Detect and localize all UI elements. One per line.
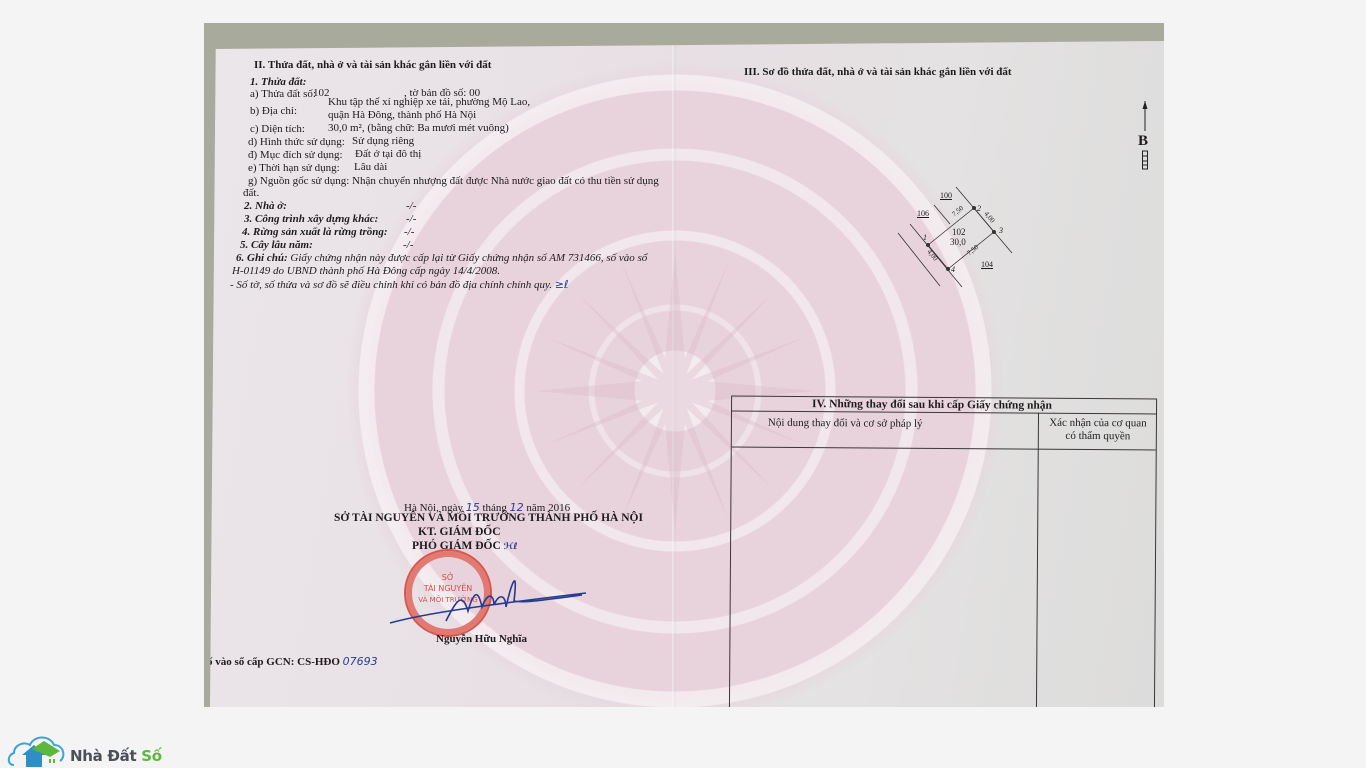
other-construction-value: -/-: [406, 213, 416, 226]
address-line2: quận Hà Đông, thành phố Hà Nội: [328, 109, 476, 122]
registry-label: ố vào sổ cấp GCN: CS-HĐO: [207, 656, 340, 668]
handwritten-initials: ≥ℓ: [555, 278, 569, 291]
neighbor-parcel-106: 106: [917, 207, 929, 220]
corner-point-2: 2: [977, 202, 981, 215]
column-header-authority-line1: Xác nhận của cơ quan: [1044, 417, 1152, 431]
registry-number-handwritten: 07693: [343, 655, 378, 668]
house-label: 2. Nhà ở:: [244, 200, 287, 213]
brand-name-part1: Nhà Đất: [70, 747, 136, 765]
house-value: -/-: [406, 200, 416, 213]
land-origin-line1: g) Nguồn gốc sử dụng: Nhận chuyển nhượng…: [248, 175, 659, 188]
usage-purpose-value: Đất ở tại đô thị: [355, 148, 421, 161]
parcel-sketch-area: 30,0: [950, 236, 966, 249]
table-column-divider: [1036, 413, 1039, 707]
area-label: c) Diện tích:: [250, 123, 305, 136]
area-value: 30,0 m², (bằng chữ: Ba mươi mét vuông): [328, 122, 509, 135]
usage-form-value: Sử dụng riêng: [352, 135, 414, 148]
cloud-house-icon: [6, 733, 68, 767]
certificate-registry: ố vào sổ cấp GCN: CS-HĐO 07693: [207, 655, 378, 669]
parcel-number-label: a) Thửa đất số:: [250, 88, 316, 101]
usage-term-value: Lâu dài: [354, 161, 387, 174]
north-arrow: B: [1138, 101, 1152, 171]
certificate-paper: II. Thửa đất, nhà ở và tài sản khác gắn …: [210, 41, 1164, 707]
address-line1: Khu tập thể xí nghiệp xe tải, phường Mộ …: [328, 96, 530, 109]
signature-scribble: [386, 561, 596, 631]
corner-point-3: 3: [999, 224, 1003, 237]
land-origin-line2: đất.: [243, 187, 259, 200]
neighbor-parcel-104: 104: [981, 258, 993, 271]
note-line2: H-01149 do UBND thành phố Hà Đông cấp ng…: [232, 265, 500, 278]
nha-dat-so-logo[interactable]: Nhà Đất Số: [6, 733, 162, 767]
perennial-label: 5. Cây lâu năm:: [240, 239, 313, 252]
brand-name-part2: Số: [141, 747, 162, 765]
section2-title: II. Thửa đất, nhà ở và tài sản khác gắn …: [254, 59, 491, 72]
forest-label: 4. Rừng sản xuất là rừng trồng:: [242, 226, 388, 239]
table-divider: [732, 447, 1156, 451]
perennial-value: -/-: [403, 239, 413, 252]
brand-name: Nhà Đất Số: [70, 747, 162, 765]
handwritten-mark: ℋℓ: [504, 542, 518, 552]
note-line3-text: - Số tờ, số thửa và sơ đồ sẽ điều chỉnh …: [230, 279, 552, 291]
parcel-sketch: [896, 181, 1046, 291]
changes-table: IV. Những thay đổi sau khi cấp Giấy chứn…: [729, 396, 1157, 707]
note-line3: - Số tờ, số thửa và sơ đồ sẽ điều chỉnh …: [230, 278, 569, 292]
usage-purpose-label: đ) Mục đích sử dụng:: [248, 149, 343, 162]
column-header-authority-line2: có thẩm quyền: [1044, 430, 1152, 444]
usage-term-label: e) Thời hạn sử dụng:: [248, 162, 340, 175]
note-label: 6. Ghi chú:: [236, 252, 288, 264]
neighbor-parcel-100: 100: [940, 189, 952, 202]
section3-title: III. Sơ đồ thửa đất, nhà ở và tài sản kh…: [744, 66, 1012, 79]
on-behalf-of-director: KT. GIÁM ĐỐC: [418, 526, 501, 539]
address-label: b) Địa chỉ:: [250, 105, 297, 118]
corner-point-1: 1: [923, 231, 927, 244]
usage-form-label: d) Hình thức sử dụng:: [248, 136, 345, 149]
other-construction-label: 3. Công trình xây dựng khác:: [244, 213, 378, 226]
section4-title: IV. Những thay đổi sau khi cấp Giấy chứn…: [812, 398, 1052, 413]
forest-value: -/-: [404, 226, 414, 239]
column-header-change-content: Nội dung thay đổi và cơ sở pháp lý: [768, 417, 923, 431]
note-line1: 6. Ghi chú: Giấy chứng nhận này được cấp…: [236, 252, 647, 265]
north-label: B: [1138, 133, 1148, 149]
certificate-photo: II. Thửa đất, nhà ở và tài sản khác gắn …: [204, 23, 1164, 707]
signer-name: Nguyễn Hữu Nghĩa: [436, 633, 527, 646]
corner-point-4: 4: [951, 263, 955, 276]
issuing-agency: SỞ TÀI NGUYÊN VÀ MÔI TRƯỜNG THÀNH PHỐ HÀ…: [334, 512, 643, 525]
note-text: Giấy chứng nhận này được cấp lại từ Giấy…: [290, 252, 647, 264]
